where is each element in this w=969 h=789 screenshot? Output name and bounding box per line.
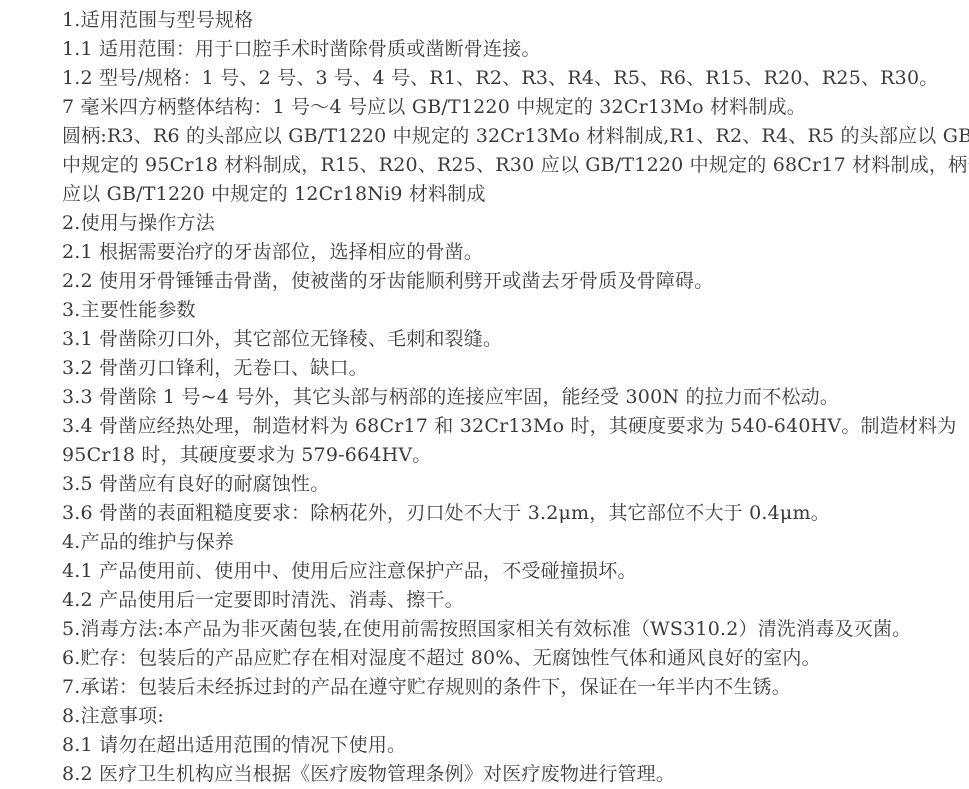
document-line: 3.1 骨凿除刃口外，其它部位无锋稜、毛刺和裂缝。 <box>62 325 929 354</box>
document-text: 1.适用范围与型号规格1.1 适用范围：用于口腔手术时凿除骨质或凿断骨连接。1.… <box>62 6 929 789</box>
document-line: 3.主要性能参数 <box>62 296 929 325</box>
document-line: 95Cr18 时，其硬度要求为 579-664HV。 <box>62 441 929 470</box>
document-line: 应以 GB/T1220 中规定的 12Cr18Ni9 材料制成 <box>62 180 929 209</box>
document-line: 4.产品的维护与保养 <box>62 528 929 557</box>
document-line: 2.1 根据需要治疗的牙齿部位，选择相应的骨凿。 <box>62 238 929 267</box>
document-line: 4.2 产品使用后一定要即时清洗、消毒、擦干。 <box>62 586 929 615</box>
document-line: 5.消毒方法:本产品为非灭菌包装,在使用前需按照国家相关有效标准（WS310.2… <box>62 615 929 644</box>
document-line: 8.1 请勿在超出适用范围的情况下使用。 <box>62 731 929 760</box>
document-line: 8.注意事项: <box>62 702 929 731</box>
document-line: 中规定的 95Cr18 材料制成，R15、R20、R25、R30 应以 GB/T… <box>62 151 929 180</box>
document-line: 4.1 产品使用前、使用中、使用后应注意保护产品，不受碰撞损坏。 <box>62 557 929 586</box>
document-line: 2.2 使用牙骨锤锤击骨凿，使被凿的牙齿能顺利劈开或凿去牙骨质及骨障碍。 <box>62 267 929 296</box>
document-line: 3.3 骨凿除 1 号~4 号外，其它头部与柄部的连接应牢固，能经受 300N … <box>62 383 929 412</box>
document-line: 1.2 型号/规格：1 号、2 号、3 号、4 号、R1、R2、R3、R4、R5… <box>62 64 929 93</box>
document-line: 1.1 适用范围：用于口腔手术时凿除骨质或凿断骨连接。 <box>62 35 929 64</box>
document-line: 2.使用与操作方法 <box>62 209 929 238</box>
document-line: 3.4 骨凿应经热处理，制造材料为 68Cr17 和 32Cr13Mo 时，其硬… <box>62 412 929 441</box>
document-line: 3.5 骨凿应有良好的耐腐蚀性。 <box>62 470 929 499</box>
document-line: 6.贮存：包装后的产品应贮存在相对湿度不超过 80%、无腐蚀性气体和通风良好的室… <box>62 644 929 673</box>
document-line: 7 毫米四方柄整体结构：1 号～4 号应以 GB/T1220 中规定的 32Cr… <box>62 93 929 122</box>
document-line: 3.6 骨凿的表面粗糙度要求：除柄花外，刃口处不大于 3.2μm，其它部位不大于… <box>62 499 929 528</box>
document-line: 1.适用范围与型号规格 <box>62 6 929 35</box>
document-line: 圆柄:R3、R6 的头部应以 GB/T1220 中规定的 32Cr13Mo 材料… <box>62 122 929 151</box>
document-line: 8.2 医疗卫生机构应当根据《医疗废物管理条例》对医疗废物进行管理。 <box>62 760 929 789</box>
document-line: 3.2 骨凿刃口锋利，无卷口、缺口。 <box>62 354 929 383</box>
document-line: 7.承诺：包装后未经拆过封的产品在遵守贮存规则的条件下，保证在一年半内不生锈。 <box>62 673 929 702</box>
document-page: 1.适用范围与型号规格1.1 适用范围：用于口腔手术时凿除骨质或凿断骨连接。1.… <box>0 0 969 789</box>
